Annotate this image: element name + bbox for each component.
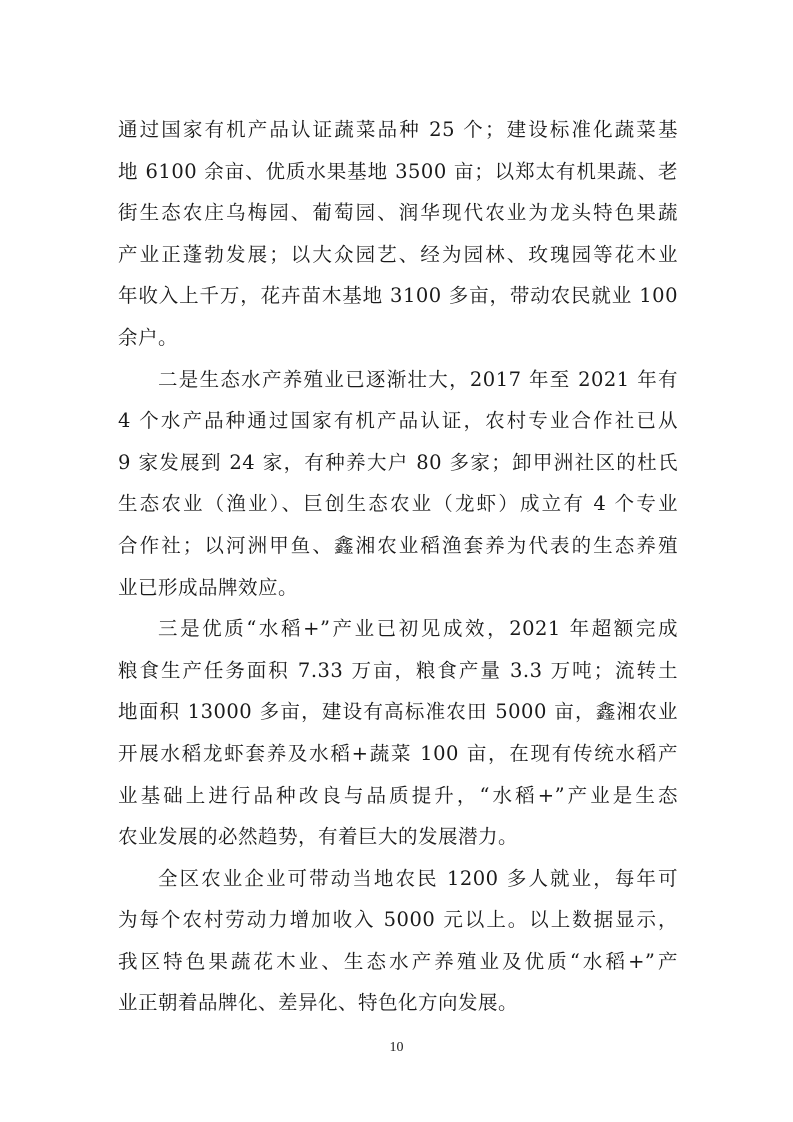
text-line: 全区农业企业可带动当地农民 1200 多人就业，每年可 xyxy=(118,858,678,900)
text-line: 业正朝着品牌化、差异化、特色化方向发展。 xyxy=(118,982,678,1024)
text-line: 业已形成品牌效应。 xyxy=(118,567,678,609)
text-line: 地面积 13000 多亩，建设有高标准农田 5000 亩，鑫湘农业 xyxy=(118,691,678,733)
text-line: 通过国家有机产品认证蔬菜品种 25 个；建设标准化蔬菜基 xyxy=(118,109,678,151)
text-line: 年收入上千万，花卉苗木基地 3100 多亩，带动农民就业 100 xyxy=(118,275,678,317)
text-line: 街生态农庄乌梅园、葡萄园、润华现代农业为龙头特色果蔬 xyxy=(118,192,678,234)
text-line: 粮食生产任务面积 7.33 万亩，粮食产量 3.3 万吨；流转土 xyxy=(118,650,678,692)
text-line: 农业发展的必然趋势，有着巨大的发展潜力。 xyxy=(118,816,678,858)
paragraph-employment-summary: 全区农业企业可带动当地农民 1200 多人就业，每年可 为每个农村劳动力增加收入… xyxy=(118,858,678,1024)
page-number: 10 xyxy=(0,1040,793,1056)
text-line: 产业正蓬勃发展；以大众园艺、经为园林、玫瑰园等花木业 xyxy=(118,234,678,276)
text-line: 业基础上进行品种改良与品质提升，“水稻+”产业是生态 xyxy=(118,775,678,817)
body-text: 通过国家有机产品认证蔬菜品种 25 个；建设标准化蔬菜基 地 6100 余亩、优… xyxy=(118,109,678,1024)
text-line: 为每个农村劳动力增加收入 5000 元以上。以上数据显示， xyxy=(118,899,678,941)
text-line: 地 6100 余亩、优质水果基地 3500 亩；以郑太有机果蔬、老 xyxy=(118,151,678,193)
text-line: 余户。 xyxy=(118,317,678,359)
paragraph-fruit-vegetable-flower: 通过国家有机产品认证蔬菜品种 25 个；建设标准化蔬菜基 地 6100 余亩、优… xyxy=(118,109,678,359)
text-line: 合作社；以河洲甲鱼、鑫湘农业稻渔套养为代表的生态养殖 xyxy=(118,525,678,567)
document-page: 通过国家有机产品认证蔬菜品种 25 个；建设标准化蔬菜基 地 6100 余亩、优… xyxy=(0,0,793,1122)
text-line: 生态农业（渔业）、巨创生态农业（龙虾）成立有 4 个专业 xyxy=(118,483,678,525)
paragraph-aquaculture: 二是生态水产养殖业已逐渐壮大，2017 年至 2021 年有 4 个水产品种通过… xyxy=(118,359,678,609)
text-line: 开展水稻龙虾套养及水稻+蔬菜 100 亩，在现有传统水稻产 xyxy=(118,733,678,775)
text-line: 二是生态水产养殖业已逐渐壮大，2017 年至 2021 年有 xyxy=(118,359,678,401)
text-line: 我区特色果蔬花木业、生态水产养殖业及优质“水稻+”产 xyxy=(118,941,678,983)
text-line: 4 个水产品种通过国家有机产品认证，农村专业合作社已从 xyxy=(118,400,678,442)
text-line: 9 家发展到 24 家，有种养大户 80 多家；卸甲洲社区的杜氏 xyxy=(118,442,678,484)
paragraph-rice-plus: 三是优质“水稻+”产业已初见成效，2021 年超额完成 粮食生产任务面积 7.3… xyxy=(118,608,678,858)
text-line: 三是优质“水稻+”产业已初见成效，2021 年超额完成 xyxy=(118,608,678,650)
